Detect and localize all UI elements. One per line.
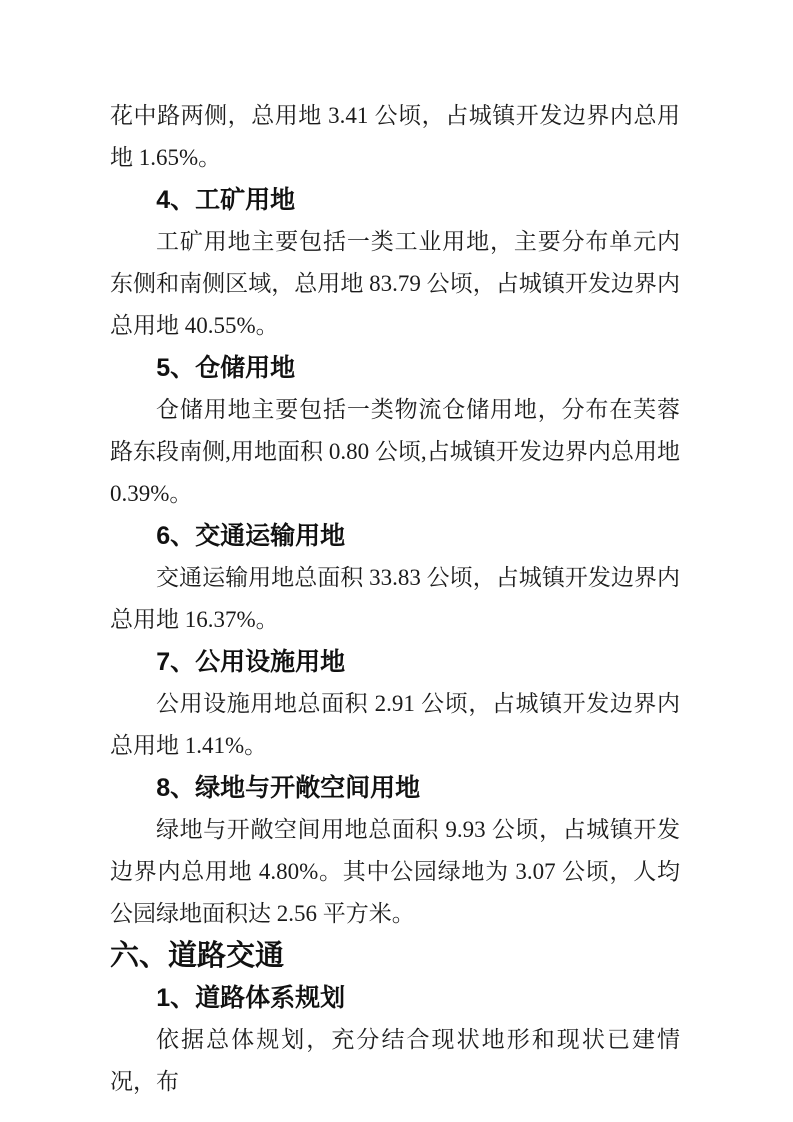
sub-heading-7-public-utility-land: 7、公用设施用地: [110, 641, 680, 683]
document-content: 花中路两侧，总用地 3.41 公顷，占城镇开发边界内总用地 1.65%。 4、工…: [110, 95, 680, 1103]
document-page: 花中路两侧，总用地 3.41 公顷，占城镇开发边界内总用地 1.65%。 4、工…: [0, 0, 793, 1122]
body-paragraph-land-continuation: 花中路两侧，总用地 3.41 公顷，占城镇开发边界内总用地 1.65%。: [110, 95, 680, 179]
body-paragraph-public-utility-land: 公用设施用地总面积 2.91 公顷，占城镇开发边界内总用地 1.41%。: [110, 683, 680, 767]
body-paragraph-industrial-land: 工矿用地主要包括一类工业用地，主要分布单元内东侧和南侧区域，总用地 83.79 …: [110, 221, 680, 347]
sub-heading-6-transport-land: 6、交通运输用地: [110, 515, 680, 557]
sub-heading-4-industrial-land: 4、工矿用地: [110, 179, 680, 221]
body-paragraph-green-open-space-land: 绿地与开敞空间用地总面积 9.93 公顷，占城镇开发边界内总用地 4.80%。其…: [110, 809, 680, 935]
chapter-heading-6-road-traffic: 六、道路交通: [110, 935, 680, 977]
sub-heading-1-road-system-planning: 1、道路体系规划: [110, 977, 680, 1019]
body-paragraph-road-system-planning: 依据总体规划，充分结合现状地形和现状已建情况，布: [110, 1019, 680, 1103]
body-paragraph-warehouse-land: 仓储用地主要包括一类物流仓储用地，分布在芙蓉路东段南侧,用地面积 0.80 公顷…: [110, 389, 680, 515]
sub-heading-8-green-open-space-land: 8、绿地与开敞空间用地: [110, 767, 680, 809]
body-paragraph-transport-land: 交通运输用地总面积 33.83 公顷，占城镇开发边界内总用地 16.37%。: [110, 557, 680, 641]
sub-heading-5-warehouse-land: 5、仓储用地: [110, 347, 680, 389]
